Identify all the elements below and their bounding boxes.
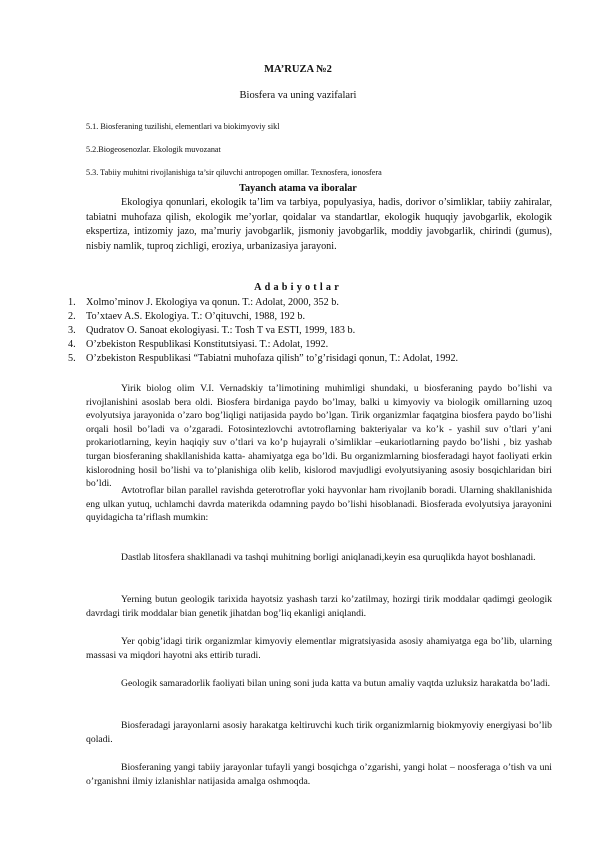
body-paragraph: Yerning butun geologik tarixida hayotsiz… (86, 593, 552, 620)
references-heading: Adabiyotlar (0, 282, 596, 293)
reference-text: Xolmo’minov J. Ekologiya va qonun. T.: A… (86, 297, 339, 308)
body-paragraph: Dastlab litosfera shakllanadi va tashqi … (86, 551, 552, 565)
reference-item: 5.O’zbekiston Respublikasi “Tabiatni muh… (68, 352, 458, 366)
reference-text: O’zbekiston Respublikasi Konstitutsiyasi… (86, 339, 328, 350)
keywords-paragraph: Ekologiya qonunlari, ekologik ta’lim va … (86, 196, 552, 254)
body-paragraph: Geologik samaradorlik faoliyati bilan un… (86, 677, 552, 691)
reference-item: 4.O’zbekiston Respublikasi Konstitutsiya… (68, 338, 458, 352)
reference-number: 3. (68, 324, 76, 338)
topic-item: 5.1. Biosferaning tuzilishi, elementlari… (86, 122, 280, 131)
lecture-title: MA’RUZA №2 (0, 64, 596, 75)
topic-item: 5.2.Biogeosenozlar. Ekologik muvozanat (86, 145, 221, 154)
document-page: MA’RUZA №2 Biosfera va uning vazifalari … (0, 0, 596, 842)
reference-text: Qudratov O. Sanoat ekologiyasi. T.: Tosh… (86, 325, 355, 336)
reference-number: 1. (68, 296, 76, 310)
reference-number: 4. (68, 338, 76, 352)
reference-item: 1.Xolmo’minov J. Ekologiya va qonun. T.:… (68, 296, 458, 310)
references-list: 1.Xolmo’minov J. Ekologiya va qonun. T.:… (68, 296, 458, 366)
reference-number: 2. (68, 310, 76, 324)
reference-text: O’zbekiston Respublikasi “Tabiatni muhof… (86, 353, 458, 364)
keywords-heading: Tayanch atama va iboralar (0, 183, 596, 194)
reference-text: To’xtaev A.S. Ekologiya. T.: O’qituvchi,… (86, 311, 305, 322)
body-paragraph: Avtotroflar bilan parallel ravishda gete… (86, 484, 552, 525)
topic-item: 5.3. Tabiiy muhitni rivojlanishiga ta’si… (86, 168, 382, 177)
body-paragraph: Yer qobig’idagi tirik organizmlar kimyov… (86, 635, 552, 662)
reference-item: 3.Qudratov O. Sanoat ekologiyasi. T.: To… (68, 324, 458, 338)
reference-number: 5. (68, 352, 76, 366)
body-paragraph: Yirik biolog olim V.I. Vernadskiy ta’lim… (86, 382, 552, 491)
reference-item: 2.To’xtaev A.S. Ekologiya. T.: O’qituvch… (68, 310, 458, 324)
body-paragraph: Biosferaning yangi tabiiy jarayonlar tuf… (86, 761, 552, 788)
lecture-subtitle: Biosfera va uning vazifalari (0, 90, 596, 101)
body-paragraph: Biosferadagi jarayonlarni asosiy harakat… (86, 719, 552, 746)
